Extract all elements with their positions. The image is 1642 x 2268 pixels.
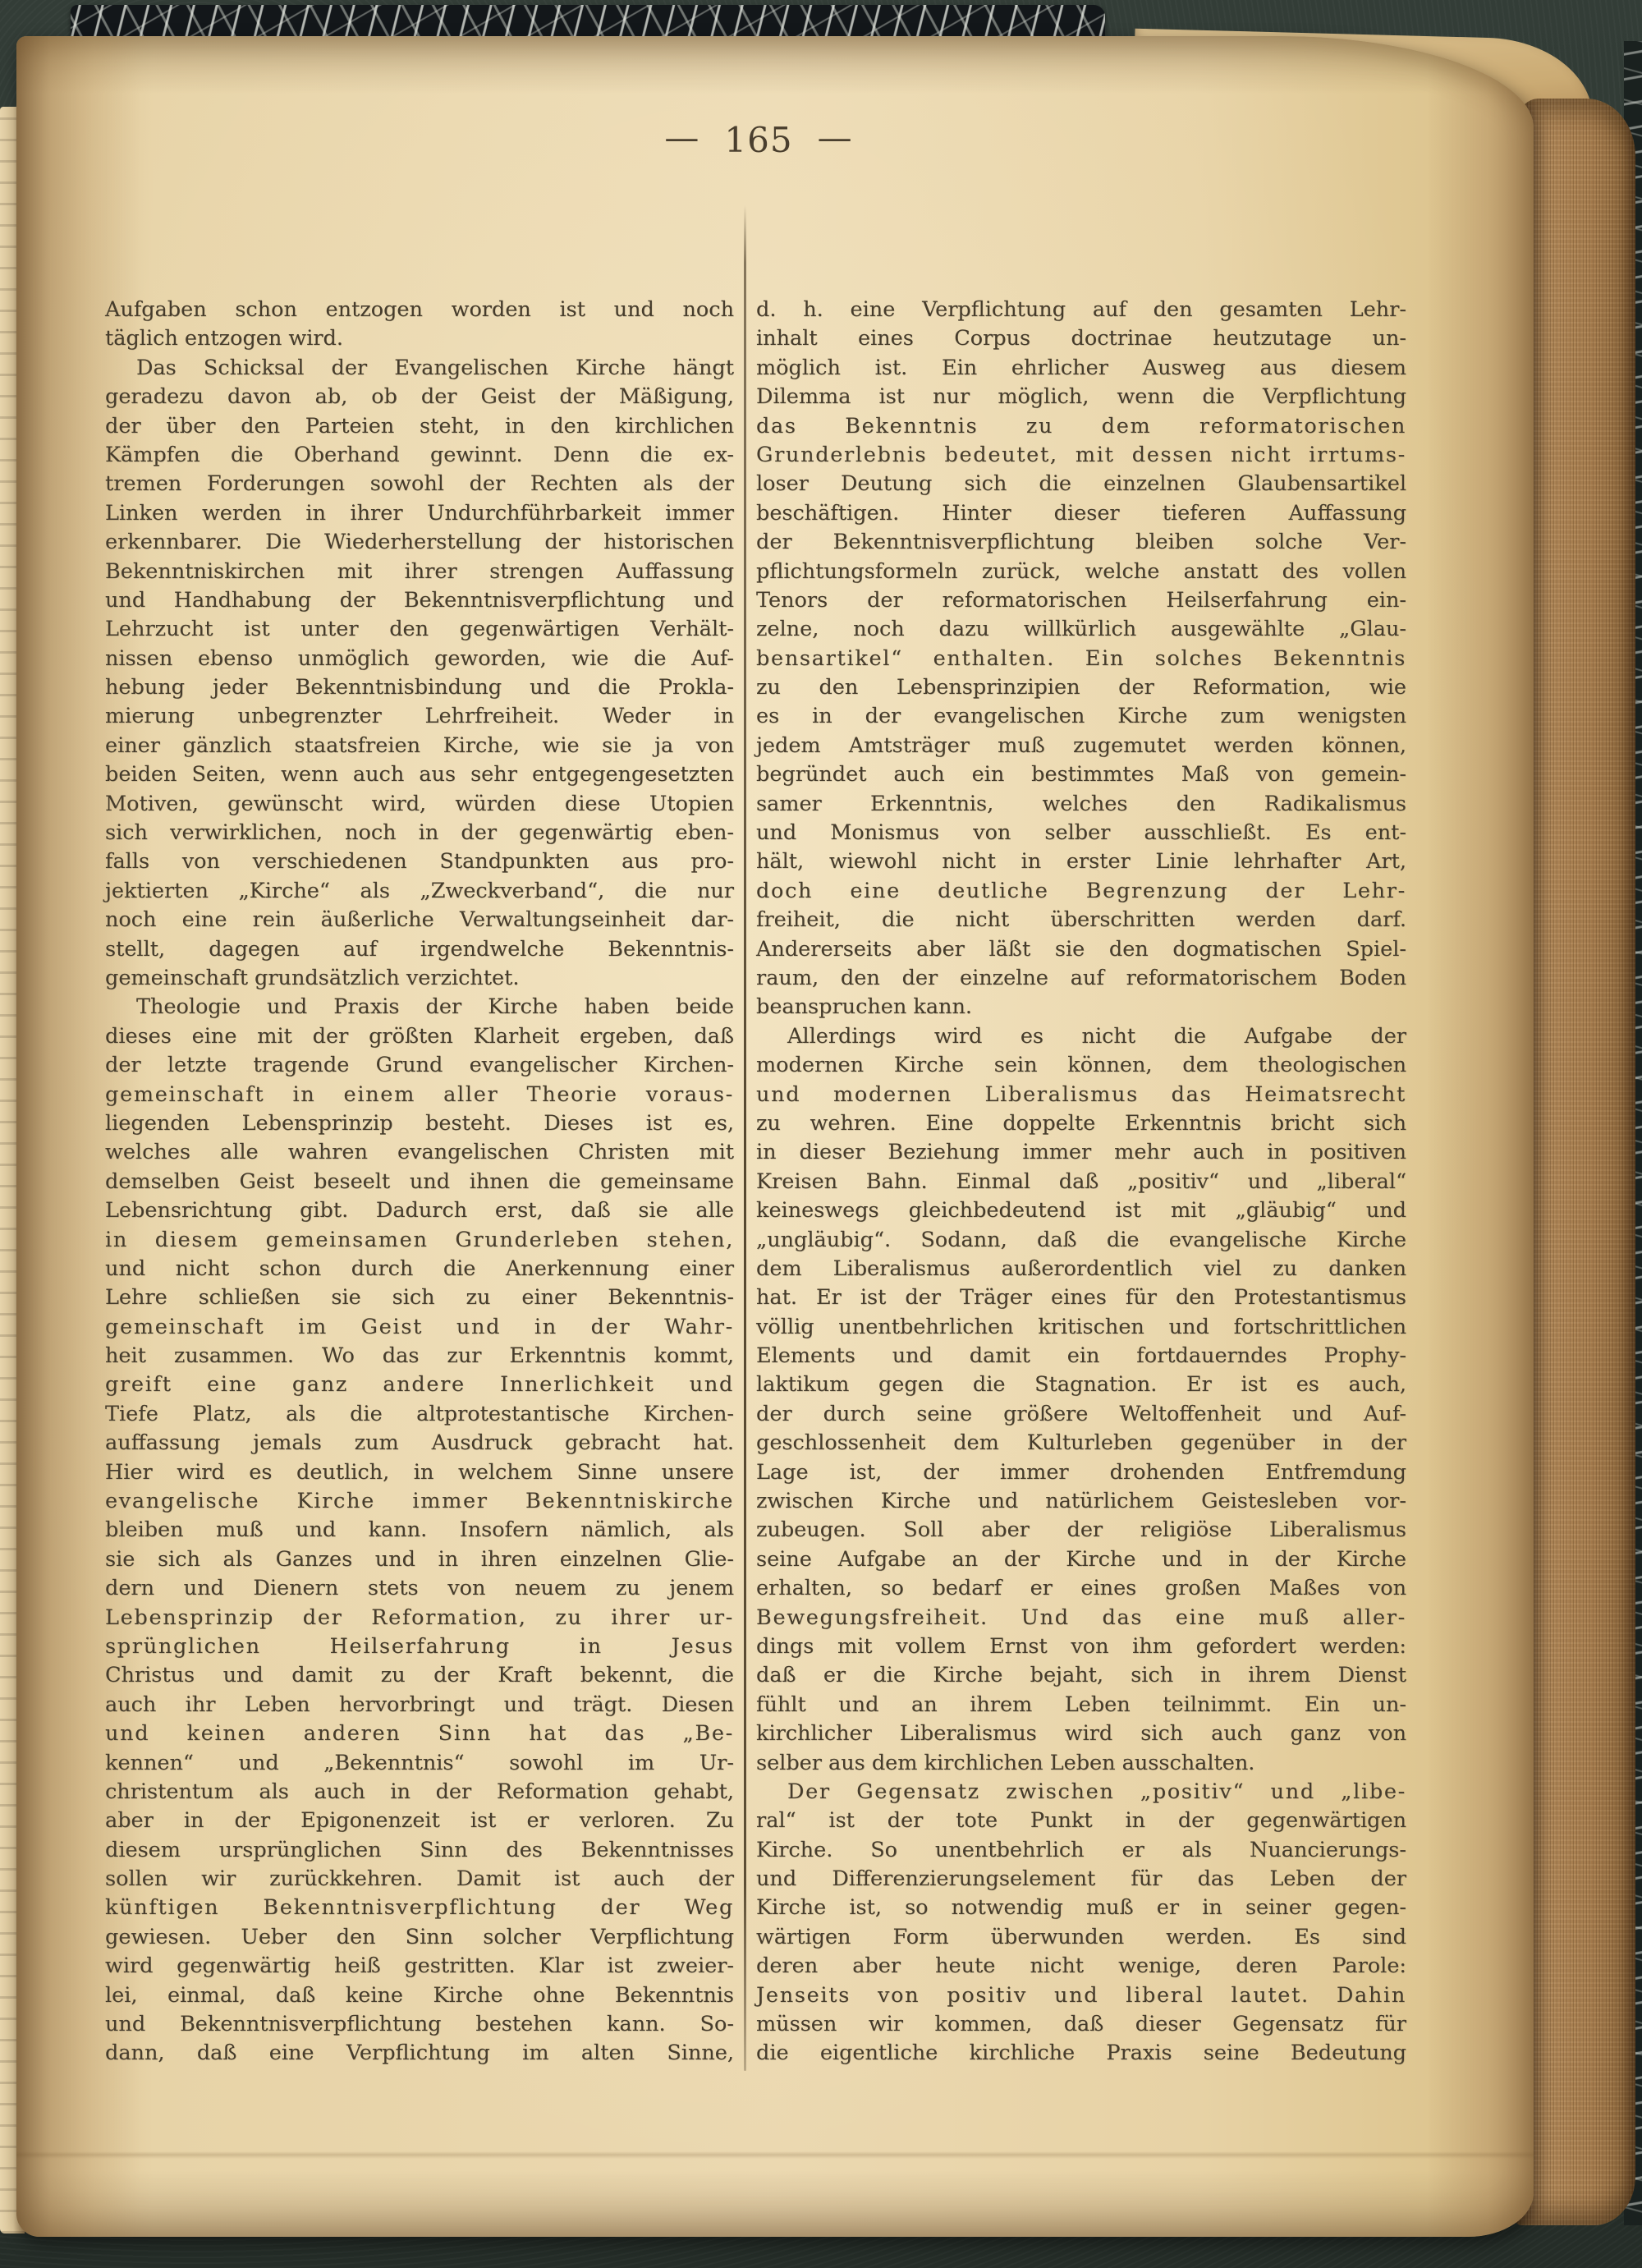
text-line: Lage ist, der immer drohenden Entfremdun… <box>756 1458 1406 1487</box>
text-line: zu den Lebensprinzipien der Reformation,… <box>756 673 1406 702</box>
text-line: völlig unentbehrlichen kritischen und fo… <box>756 1313 1406 1342</box>
text-line: wärtigen Form überwunden werden. Es sind <box>756 1923 1406 1952</box>
text-line: Bewegungsfreiheit. Und das eine muß alle… <box>756 1604 1406 1632</box>
text-line: raum, den der einzelne auf reformatorisc… <box>756 964 1406 993</box>
text-line: aber in der Epigonenzeit ist er verloren… <box>105 1807 734 1835</box>
text-line: und keinen anderen Sinn hat das „Be- <box>105 1719 734 1748</box>
text-line: keineswegs gleichbedeutend ist mit „gläu… <box>756 1196 1406 1225</box>
text-line: Der Gegensatz zwischen „positiv“ und „li… <box>756 1778 1406 1807</box>
text-line: erkennbarer. Die Wiederherstellung der h… <box>105 528 734 557</box>
text-line: nissen ebenso unmöglich geworden, wie di… <box>105 645 734 673</box>
text-line: dem Liberalismus außerordentlich viel zu… <box>756 1255 1406 1283</box>
text-line: gewiesen. Ueber den Sinn solcher Verpfli… <box>105 1923 734 1952</box>
text-line: falls von verschiedenen Standpunkten aus… <box>105 847 734 876</box>
text-line: Motiven, gewünscht wird, würden diese Ut… <box>105 790 734 819</box>
text-line: ral“ ist der tote Punkt in der gegenwärt… <box>756 1807 1406 1835</box>
text-line: geschlossenheit dem Kulturleben gegenübe… <box>756 1429 1406 1458</box>
text-line: demselben Geist beseelt und ihnen die ge… <box>105 1168 734 1196</box>
book-photo: { "page": { "header": { "left_dash": "—"… <box>0 0 1642 2268</box>
text-line: doch eine deutliche Begrenzung der Lehr- <box>756 877 1406 906</box>
text-line: möglich ist. Ein ehrlicher Ausweg aus di… <box>756 354 1406 383</box>
text-line: selber aus dem kirchlichen Leben ausscha… <box>756 1749 1406 1778</box>
text-line: inhalt eines Corpus doctrinae heutzutage… <box>756 324 1406 353</box>
text-line: Hier wird es deutlich, in welchem Sinne … <box>105 1458 734 1487</box>
text-line: Tenors der reformatorischen Heilserfahru… <box>756 586 1406 615</box>
text-line: sie sich als Ganzes und in ihren einzeln… <box>105 1545 734 1574</box>
text-line: und Handhabung der Bekenntnisverpflichtu… <box>105 586 734 615</box>
text-line: zelne, noch dazu willkürlich ausgewählte… <box>756 615 1406 644</box>
text-line: Kämpfen die Oberhand gewinnt. Denn die e… <box>105 441 734 470</box>
text-line: Aufgaben schon entzogen worden ist und n… <box>105 296 734 324</box>
text-line: Elements und damit ein fortdauerndes Pro… <box>756 1342 1406 1370</box>
text-line: Grunderlebnis bedeutet, mit dessen nicht… <box>756 441 1406 470</box>
text-line: dieses eine mit der größten Klarheit erg… <box>105 1022 734 1051</box>
text-line: geradezu davon ab, ob der Geist der Mäßi… <box>105 383 734 411</box>
text-line: Kirche. So unentbehrlich er als Nuancier… <box>756 1836 1406 1865</box>
text-line: Das Schicksal der Evangelischen Kirche h… <box>105 354 734 383</box>
text-line: Allerdings wird es nicht die Aufgabe der <box>756 1022 1406 1051</box>
text-line: der Bekenntnisverpflichtung bleiben solc… <box>756 528 1406 557</box>
text-line: und Monismus von selber ausschließt. Es … <box>756 819 1406 847</box>
text-line: es in der evangelischen Kirche zum wenig… <box>756 702 1406 731</box>
text-column-right: d. h. eine Verpflichtung auf den gesamte… <box>756 296 1406 2068</box>
text-line: christentum als auch in der Reformation … <box>105 1778 734 1807</box>
text-line: täglich entzogen wird. <box>105 324 734 353</box>
text-line: Lehrzucht ist unter den gegenwärtigen Ve… <box>105 615 734 644</box>
text-line: auch ihr Leben hervorbringt und trägt. D… <box>105 1691 734 1719</box>
text-line: Linken werden in ihrer Undurchführbarkei… <box>105 499 734 528</box>
text-line: Bekenntniskirchen mit ihrer strengen Auf… <box>105 558 734 586</box>
text-line: gemeinschaft in einem aller Theorie vora… <box>105 1081 734 1109</box>
page-number: 165 <box>724 120 792 160</box>
text-line: und Differenzierungselement für das Lebe… <box>756 1865 1406 1894</box>
text-line: bensartikel“ enthalten. Ein solches Beke… <box>756 645 1406 673</box>
text-line: Jenseits von positiv und liberal lautet.… <box>756 1981 1406 2010</box>
text-line: jektierten „Kirche“ als „Zweckverband“, … <box>105 877 734 906</box>
text-line: Christus und damit zu der Kraft bekennt,… <box>105 1661 734 1690</box>
text-line: seine Aufgabe an der Kirche und in der K… <box>756 1545 1406 1574</box>
text-line: kirchlicher Liberalismus wird sich auch … <box>756 1719 1406 1748</box>
text-line: und nicht schon durch die Anerkennung ei… <box>105 1255 734 1283</box>
text-line: gemeinschaft grundsätzlich verzichtet. <box>105 964 734 993</box>
text-line: hebung jeder Bekenntnisbindung und die P… <box>105 673 734 702</box>
text-line: sich verwirklichen, noch in der gegenwär… <box>105 819 734 847</box>
text-line: fühlt und an ihrem Leben teilnimmt. Ein … <box>756 1691 1406 1719</box>
text-line: das Bekenntnis zu dem reformatorischen <box>756 412 1406 441</box>
text-line: loser Deutung sich die einzelnen Glauben… <box>756 470 1406 498</box>
text-line: Kirche ist, so notwendig muß er in seine… <box>756 1894 1406 1922</box>
text-line: wird gegenwärtig heiß gestritten. Klar i… <box>105 1952 734 1981</box>
text-line: in diesem gemeinsamen Grunderleben stehe… <box>105 1226 734 1255</box>
text-line: auffassung jemals zum Ausdruck gebracht … <box>105 1429 734 1458</box>
text-line: sollen wir zurückkehren. Damit ist auch … <box>105 1865 734 1894</box>
text-line: liegenden Lebensprinzip besteht. Dieses … <box>105 1109 734 1138</box>
text-line: stellt, dagegen auf irgendwelche Bekennt… <box>105 935 734 964</box>
text-line: müssen wir kommen, daß dieser Gegensatz … <box>756 2010 1406 2039</box>
header-right-dash: — <box>818 117 853 158</box>
text-line: bleiben muß und kann. Insofern nämlich, … <box>105 1516 734 1545</box>
text-line: daß er die Kirche bejaht, sich in ihrem … <box>756 1661 1406 1690</box>
text-line: begründet auch ein bestimmtes Maß von ge… <box>756 760 1406 789</box>
text-line: beiden Seiten, wenn auch aus sehr entgeg… <box>105 760 734 789</box>
text-line: gemeinschaft im Geist und in der Wahr- <box>105 1313 734 1342</box>
book-page: —165— Aufgaben schon entzogen worden ist… <box>16 36 1534 2237</box>
text-line: hält, wiewohl nicht in erster Linie lehr… <box>756 847 1406 876</box>
page-number-header: —165— <box>105 123 1412 158</box>
text-line: welches alle wahren evangelischen Christ… <box>105 1138 734 1167</box>
text-line: hat. Er ist der Träger eines für den Pro… <box>756 1283 1406 1312</box>
text-line: zu wehren. Eine doppelte Erkenntnis bric… <box>756 1109 1406 1138</box>
text-line: der letzte tragende Grund evangelischer … <box>105 1051 734 1080</box>
text-line: Andererseits aber läßt sie den dogmatisc… <box>756 935 1406 964</box>
text-line: heit zusammen. Wo das zur Erkenntnis kom… <box>105 1342 734 1370</box>
text-line: laktikum gegen die Stagnation. Er ist es… <box>756 1370 1406 1399</box>
text-line: dann, daß eine Verpflichtung im alten Si… <box>105 2039 734 2068</box>
text-line: lei, einmal, daß keine Kirche ohne Beken… <box>105 1981 734 2010</box>
text-line: freiheit, die nicht überschritten werden… <box>756 906 1406 934</box>
text-line: in dieser Beziehung immer mehr auch in p… <box>756 1138 1406 1167</box>
text-line: diesem ursprünglichen Sinn des Bekenntni… <box>105 1836 734 1865</box>
text-line: d. h. eine Verpflichtung auf den gesamte… <box>756 296 1406 324</box>
text-line: erhalten, so bedarf er eines großen Maße… <box>756 1574 1406 1603</box>
text-line: dern und Dienern stets von neuem zu jene… <box>105 1574 734 1603</box>
text-line: Lehre schließen sie sich zu einer Bekenn… <box>105 1283 734 1312</box>
text-line: evangelische Kirche immer Bekenntniskirc… <box>105 1487 734 1516</box>
text-line: künftigen Bekenntnisverpflichtung der We… <box>105 1894 734 1922</box>
text-line: greift eine ganz andere Innerlichkeit un… <box>105 1370 734 1399</box>
text-line: deren aber heute nicht wenige, deren Par… <box>756 1952 1406 1981</box>
text-line: dings mit vollem Ernst von ihm gefordert… <box>756 1632 1406 1661</box>
text-line: zubeugen. Soll aber der religiöse Libera… <box>756 1516 1406 1545</box>
text-column-left: Aufgaben schon entzogen worden ist und n… <box>105 296 734 2068</box>
text-line: beanspruchen kann. <box>756 993 1406 1022</box>
text-line: kennen“ und „Bekenntnis“ sowohl im Ur- <box>105 1749 734 1778</box>
text-line: zwischen Kirche und natürlichem Geistesl… <box>756 1487 1406 1516</box>
text-line: sprünglichen Heilserfahrung in Jesus <box>105 1632 734 1661</box>
text-line: einer gänzlich staatsfreien Kirche, wie … <box>105 732 734 760</box>
text-line: jedem Amtsträger muß zugemutet werden kö… <box>756 732 1406 760</box>
column-divider-rule <box>744 205 746 2071</box>
text-line: Dilemma ist nur möglich, wenn die Verpfl… <box>756 383 1406 411</box>
text-line: mierung unbegrenzter Lehrfreiheit. Weder… <box>105 702 734 731</box>
text-line: und modernen Liberalismus das Heimatsrec… <box>756 1081 1406 1109</box>
text-line: pflichtungsformeln zurück, welche anstat… <box>756 558 1406 586</box>
text-line: der über den Parteien steht, in den kirc… <box>105 412 734 441</box>
text-line: samer Erkenntnis, welches den Radikalism… <box>756 790 1406 819</box>
text-line: Lebensrichtung gibt. Dadurch erst, daß s… <box>105 1196 734 1225</box>
text-line: Theologie und Praxis der Kirche haben be… <box>105 993 734 1022</box>
text-line: tremen Forderungen sowohl der Rechten al… <box>105 470 734 498</box>
text-line: Lebensprinzip der Reformation, zu ihrer … <box>105 1604 734 1632</box>
text-line: Kreisen Bahn. Einmal daß „positiv“ und „… <box>756 1168 1406 1196</box>
text-line: Tiefe Platz, als die altprotestantische … <box>105 1400 734 1429</box>
text-line: der durch seine größere Weltoffenheit un… <box>756 1400 1406 1429</box>
header-left-dash: — <box>664 117 699 158</box>
text-line: und Bekenntnisverpflichtung bestehen kan… <box>105 2010 734 2039</box>
text-line: die eigentliche kirchliche Praxis seine … <box>756 2039 1406 2068</box>
text-line: noch eine rein äußerliche Verwaltungsein… <box>105 906 734 934</box>
text-line: „ungläubig“. Sodann, daß die evangelisch… <box>756 1226 1406 1255</box>
text-line: modernen Kirche sein können, dem theolog… <box>756 1051 1406 1080</box>
text-line: beschäftigen. Hinter dieser tieferen Auf… <box>756 499 1406 528</box>
